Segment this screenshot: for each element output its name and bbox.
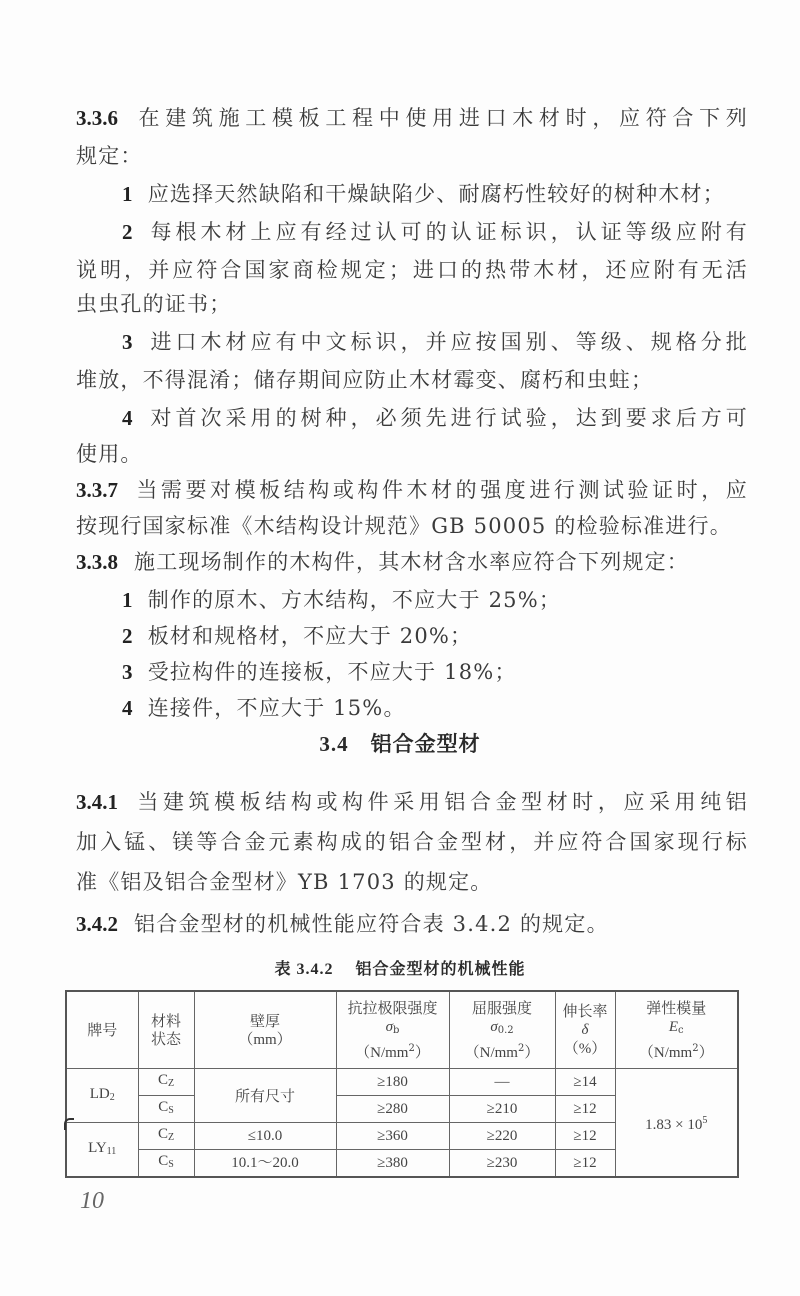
cell-yield: ≥210 — [449, 1096, 555, 1123]
clause-number: 3.3.6 — [76, 106, 118, 130]
clause-3-3-6-item-2-line-3: 虫虫孔的证书； — [76, 288, 748, 320]
clause-3-3-6-line-2: 规定： — [76, 140, 748, 172]
cell-grade: LY11 — [66, 1123, 138, 1178]
cell-elongation: ≥12 — [555, 1096, 615, 1123]
cell-thickness: 所有尺寸 — [194, 1069, 336, 1123]
cell-thickness: 10.1～20.0 — [194, 1150, 336, 1178]
cell-elongation: ≥14 — [555, 1069, 615, 1096]
cell-tensile: ≥360 — [336, 1123, 449, 1150]
table-caption: 表 3.4.2铝合金型材的机械性能 — [0, 956, 800, 979]
clause-3-4-1-line-1: 3.4.1当建筑模板结构或构件采用铝合金型材时，应采用纯铝 — [76, 786, 748, 818]
clause-3-3-6-item-2: 2每根木材上应有经过认可的认证标识，认证等级应附有 — [122, 216, 748, 248]
header-thickness: 壁厚（mm） — [194, 991, 336, 1069]
clause-3-3-8-line-1: 3.3.8施工现场制作的木构件，其木材含水率应符合下列规定： — [76, 546, 748, 578]
cell-state: CZ — [138, 1069, 194, 1096]
clause-3-4-1-line-3: 准《铝及铝合金型材》YB 1703 的规定。 — [76, 866, 748, 898]
header-grade: 牌号 — [66, 991, 138, 1069]
clause-3-3-6-item-4: 4对首次采用的树种，必须先进行试验，达到要求后方可 — [122, 402, 748, 434]
header-state: 材料状态 — [138, 991, 194, 1069]
clause-3-3-8-item-1: 1制作的原木、方木结构，不应大于 25%； — [122, 584, 748, 616]
cell-yield: ≥220 — [449, 1123, 555, 1150]
header-elastic-modulus: 弹性模量 Ec （N/mm2） — [615, 991, 738, 1069]
document-page: 3.3.6在建筑施工模板工程中使用进口木材时，应符合下列 规定： 1应选择天然缺… — [0, 0, 800, 1296]
cell-elongation: ≥12 — [555, 1123, 615, 1150]
cell-modulus: 1.83 × 105 — [615, 1069, 738, 1178]
clause-3-3-6-item-3-line-2: 堆放，不得混淆；储存期间应防止木材霉变、腐朽和虫蛀； — [76, 364, 748, 396]
header-elongation: 伸长率 δ （%） — [555, 991, 615, 1069]
cell-elongation: ≥12 — [555, 1150, 615, 1178]
cell-tensile: ≥280 — [336, 1096, 449, 1123]
header-yield-strength: 屈服强度 σ0.2 （N/mm2） — [449, 991, 555, 1069]
clause-3-3-6-item-4-line-2: 使用。 — [76, 438, 748, 470]
page-number: 10 — [80, 1188, 104, 1215]
clause-3-3-6-item-1: 1应选择天然缺陷和干燥缺陷少、耐腐朽性较好的树种木材； — [122, 178, 748, 210]
cell-grade: LD2 — [66, 1069, 138, 1123]
clause-3-4-1-line-2: 加入锰、镁等合金元素构成的铝合金型材，并应符合国家现行标 — [76, 826, 748, 858]
cell-yield: ≥230 — [449, 1150, 555, 1178]
clause-3-3-6-item-3: 3进口木材应有中文标识，并应按国别、等级、规格分批 — [122, 326, 748, 358]
cell-state: CZ — [138, 1123, 194, 1150]
clause-3-4-2: 3.4.2铝合金型材的机械性能应符合表 3.4.2 的规定。 — [76, 908, 748, 940]
table-header-row: 牌号 材料状态 壁厚（mm） 抗拉极限强度 σb （N/mm2） 屈服强度 σ0… — [66, 991, 738, 1069]
clause-3-3-6-line-1: 3.3.6在建筑施工模板工程中使用进口木材时，应符合下列 — [76, 102, 748, 134]
table-row: LD2 CZ 所有尺寸 ≥180 — ≥14 1.83 × 105 — [66, 1069, 738, 1096]
clause-3-3-7-line-1: 3.3.7当需要对模板结构或构件木材的强度进行测试验证时，应 — [76, 474, 748, 506]
cell-tensile: ≥380 — [336, 1150, 449, 1178]
clause-3-3-8-item-2: 2板材和规格材，不应大于 20%； — [122, 620, 748, 652]
mechanical-properties-table: 牌号 材料状态 壁厚（mm） 抗拉极限强度 σb （N/mm2） 屈服强度 σ0… — [65, 990, 739, 1178]
cell-state: CS — [138, 1150, 194, 1178]
clause-3-3-8-item-4: 4连接件，不应大于 15%。 — [122, 692, 748, 724]
header-tensile-strength: 抗拉极限强度 σb （N/mm2） — [336, 991, 449, 1069]
cell-yield: — — [449, 1069, 555, 1096]
clause-3-3-7-line-2: 按现行国家标准《木结构设计规范》GB 50005 的检验标准进行。 — [76, 510, 748, 542]
section-heading: 3.4铝合金型材 — [0, 728, 800, 758]
clause-3-3-6-item-2-line-2: 说明，并应符合国家商检规定；进口的热带木材，还应附有无活 — [76, 254, 748, 286]
clause-3-3-8-item-3: 3受拉构件的连接板，不应大于 18%； — [122, 656, 748, 688]
cell-state: CS — [138, 1096, 194, 1123]
cell-thickness: ≤10.0 — [194, 1123, 336, 1150]
cell-tensile: ≥180 — [336, 1069, 449, 1096]
scan-mark — [64, 1118, 74, 1130]
